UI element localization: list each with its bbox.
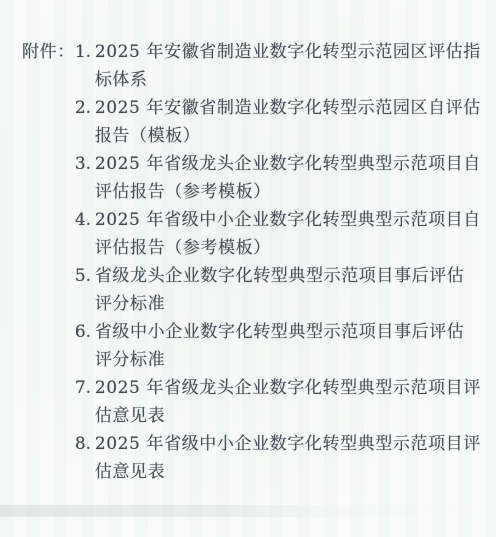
item-text-line: 评估报告（参考模板） — [95, 234, 496, 262]
list-item: 3. 2025 年省级龙头企业数字化转型典型示范项目自 评估报告（参考模板） — [75, 150, 496, 206]
item-text: 省级中小企业数字化转型典型示范项目事后评估 评分标准 — [95, 318, 496, 374]
item-text-line: 省级中小企业数字化转型典型示范项目事后评估 — [95, 318, 496, 346]
item-number: 8. — [75, 430, 95, 458]
attachment-list-block: 附件： 1. 2025 年安徽省制造业数字化转型示范园区评估指 标体系 2. 2… — [22, 38, 496, 486]
item-number: 6. — [75, 318, 95, 346]
item-number: 4. — [75, 206, 95, 234]
item-text: 2025 年省级中小企业数字化转型典型示范项目评 估意见表 — [95, 430, 496, 486]
item-text-line: 评估报告（参考模板） — [95, 178, 496, 206]
list-item: 6. 省级中小企业数字化转型典型示范项目事后评估 评分标准 — [75, 318, 496, 374]
item-text-line: 省级龙头企业数字化转型典型示范项目事后评估 — [95, 262, 496, 290]
item-text-line: 2025 年安徽省制造业数字化转型示范园区评估指 — [95, 38, 496, 66]
item-number: 3. — [75, 150, 95, 178]
item-text-line: 评分标准 — [95, 290, 496, 318]
scan-artifact-band — [0, 505, 496, 517]
list-item: 4. 2025 年省级中小企业数字化转型典型示范项目自 评估报告（参考模板） — [75, 206, 496, 262]
item-text-line: 标体系 — [95, 66, 496, 94]
item-text-line: 2025 年省级龙头企业数字化转型典型示范项目评 — [95, 374, 496, 402]
item-number: 1. — [75, 38, 95, 66]
item-number: 7. — [75, 374, 95, 402]
list-item: 2. 2025 年安徽省制造业数字化转型示范园区自评估 报告（模板） — [75, 94, 496, 150]
item-text: 2025 年安徽省制造业数字化转型示范园区自评估 报告（模板） — [95, 94, 496, 150]
attachments-label: 附件： — [22, 38, 75, 66]
item-text: 2025 年省级龙头企业数字化转型典型示范项目评 估意见表 — [95, 374, 496, 430]
scanned-document-page: 附件： 1. 2025 年安徽省制造业数字化转型示范园区评估指 标体系 2. 2… — [0, 0, 496, 537]
item-text: 2025 年省级龙头企业数字化转型典型示范项目自 评估报告（参考模板） — [95, 150, 496, 206]
item-number: 2. — [75, 94, 95, 122]
item-text-line: 评分标准 — [95, 346, 496, 374]
list-item: 8. 2025 年省级中小企业数字化转型典型示范项目评 估意见表 — [75, 430, 496, 486]
item-number: 5. — [75, 262, 95, 290]
list-item: 1. 2025 年安徽省制造业数字化转型示范园区评估指 标体系 — [75, 38, 496, 94]
item-text-line: 2025 年省级龙头企业数字化转型典型示范项目自 — [95, 150, 496, 178]
item-text-line: 2025 年安徽省制造业数字化转型示范园区自评估 — [95, 94, 496, 122]
item-text-line: 2025 年省级中小企业数字化转型典型示范项目自 — [95, 206, 496, 234]
item-text: 2025 年安徽省制造业数字化转型示范园区评估指 标体系 — [95, 38, 496, 94]
item-text-line: 估意见表 — [95, 458, 496, 486]
item-text-line: 2025 年省级中小企业数字化转型典型示范项目评 — [95, 430, 496, 458]
item-text: 2025 年省级中小企业数字化转型典型示范项目自 评估报告（参考模板） — [95, 206, 496, 262]
item-text-line: 估意见表 — [95, 402, 496, 430]
attachment-list: 1. 2025 年安徽省制造业数字化转型示范园区评估指 标体系 2. 2025 … — [75, 38, 496, 486]
list-item: 7. 2025 年省级龙头企业数字化转型典型示范项目评 估意见表 — [75, 374, 496, 430]
item-text-line: 报告（模板） — [95, 122, 496, 150]
item-text: 省级龙头企业数字化转型典型示范项目事后评估 评分标准 — [95, 262, 496, 318]
list-item: 5. 省级龙头企业数字化转型典型示范项目事后评估 评分标准 — [75, 262, 496, 318]
